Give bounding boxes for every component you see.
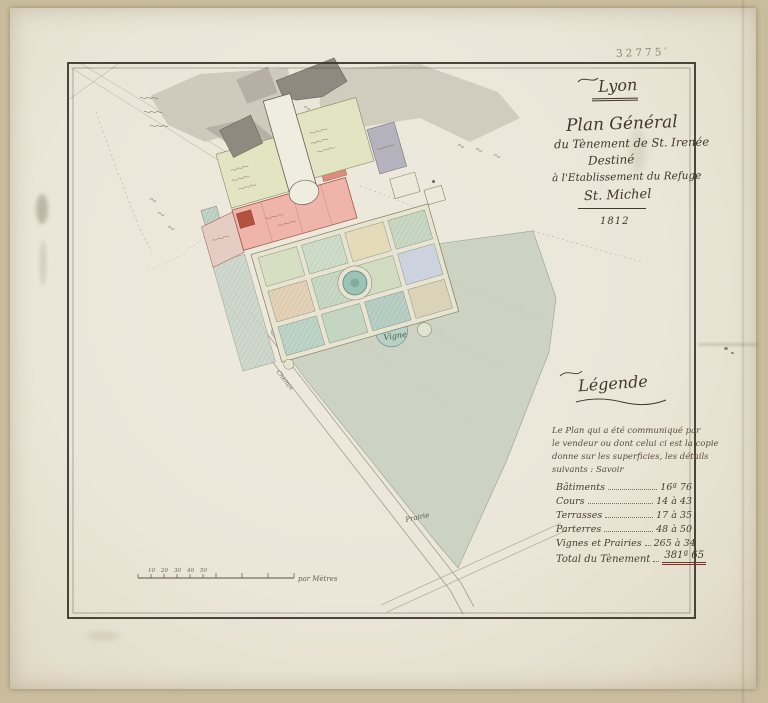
title-underline — [578, 208, 646, 209]
legend-label: Cours — [556, 496, 585, 507]
fox-spot — [724, 347, 728, 350]
scale-tick-30: 30 — [174, 568, 181, 574]
legend-label: Terrasses — [556, 510, 602, 521]
dotted-leader — [605, 517, 653, 518]
legend-total-value: 381ª 65 — [662, 550, 706, 565]
scale-tick-20: 20 — [160, 568, 168, 574]
legend-label: Parterres — [556, 524, 601, 535]
legend-intro-line: donne sur les superficies, les détails — [552, 451, 709, 465]
scale-tick-40: 40 — [186, 568, 194, 574]
dotted-leader — [604, 531, 653, 532]
legend-label: Vignes et Prairies — [556, 538, 642, 549]
ink-stain — [36, 194, 48, 224]
dotted-leader — [653, 561, 659, 562]
legend-intro-line: le vendeur ou dont celui ci est la copie — [552, 438, 719, 452]
dotted-leader — [608, 489, 657, 490]
fold-crease-vertical — [741, 0, 745, 703]
legend-row: Cours 14 à 43 — [556, 493, 692, 507]
dotted-leader — [588, 503, 654, 504]
legend-total-row: Total du Tènement 381ª 65 — [556, 549, 692, 565]
fold-crease-horizontal — [698, 343, 758, 346]
legend-row: Parterres 48 à 50 — [556, 521, 692, 535]
legend-row: Bâtiments 16ª 76 — [556, 479, 692, 493]
dotted-leader — [645, 545, 651, 546]
scale-tick-50: 50 — [200, 568, 207, 574]
fox-spot — [731, 352, 734, 354]
road-label: Chemin — [274, 369, 294, 392]
legend-value: 16ª 76 — [660, 482, 692, 493]
legend-value: 14 à 43 — [656, 496, 692, 507]
scale-tick-10: 10 — [148, 568, 155, 574]
scale-bar: 10 20 30 40 50 par Mètres — [138, 568, 338, 583]
title-line-1: Plan Général — [566, 112, 678, 136]
legend-value: 17 à 35 — [656, 510, 692, 521]
title-line-5: St. Michel — [584, 187, 652, 204]
bottom-smudge — [86, 632, 120, 640]
legend-label: Bâtiments — [556, 482, 605, 493]
legend-row: Terrasses 17 à 35 — [556, 507, 692, 521]
pencil-inventory-number: 32775′ — [616, 46, 670, 60]
title-line-2: du Tènement de St. Irenée — [554, 135, 709, 152]
legend-list: Bâtiments 16ª 76 Cours 14 à 43 Terrasses… — [556, 479, 692, 565]
title-year: 1812 — [600, 216, 629, 227]
legend-value: 265 à 34 — [654, 538, 696, 549]
title-place: Lyon — [598, 75, 638, 96]
title-line-3: Destiné — [588, 152, 635, 168]
fox-spot — [432, 180, 435, 183]
plan-drawing: Vigne Prairie Chemin 10 20 30 40 50 par … — [0, 0, 768, 703]
scale-unit-label: par Mètres — [298, 575, 338, 583]
lavender-building — [367, 122, 407, 174]
legend-intro-line: suivants : Savoir — [552, 464, 624, 478]
legend-total-label: Total du Tènement — [556, 554, 650, 565]
legend-intro-line: Le Plan qui a été communiqué par — [552, 425, 700, 439]
edge-smudge — [40, 240, 46, 286]
legend-row: Vignes et Prairies 265 à 34 — [556, 535, 692, 549]
scanned-plan-sheet: Vigne Prairie Chemin 10 20 30 40 50 par … — [0, 0, 768, 703]
legend-value: 48 à 50 — [656, 524, 692, 535]
